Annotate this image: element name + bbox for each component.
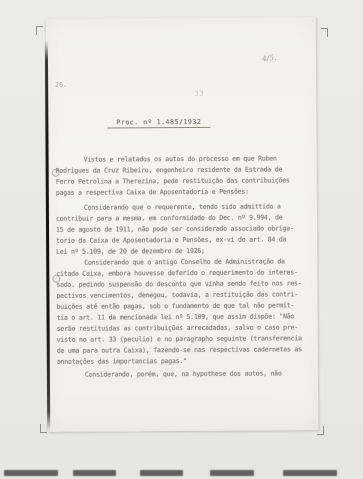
document-paragraph-3: Considerando que o antigo Conselho de Ad… bbox=[56, 256, 315, 368]
binding-edge-shadow bbox=[45, 41, 50, 431]
film-edge-mark bbox=[4, 470, 58, 476]
document-paragraph-2: Considerando que o requerente, tendo sid… bbox=[56, 201, 314, 258]
handwritten-mark: 4/5. bbox=[261, 53, 277, 64]
photo-background: { "photo": { "background_color": "#e8e8e… bbox=[0, 0, 363, 479]
crop-mark-top-left-icon bbox=[36, 26, 43, 35]
page-number: 26. bbox=[55, 81, 67, 89]
film-edge-mark bbox=[283, 470, 337, 476]
crop-mark-bottom-left-icon bbox=[40, 424, 47, 433]
film-edge-mark bbox=[140, 470, 183, 476]
document-heading: Proc. nº 1.485/1932 bbox=[107, 118, 210, 129]
document-page: 4/5. 26. 33 Proc. nº 1.485/1932 Vistos e… bbox=[46, 17, 320, 432]
stamp-number: 33 bbox=[194, 90, 204, 98]
document-paragraph-4: Considerando, porém, que, na hypothese d… bbox=[57, 368, 315, 381]
document-paragraph-1: Vistos e relatados os autos do processo … bbox=[56, 153, 314, 199]
film-edge-mark bbox=[73, 470, 116, 476]
film-edge-mark bbox=[210, 470, 254, 476]
crop-mark-top-right-icon bbox=[321, 28, 328, 37]
